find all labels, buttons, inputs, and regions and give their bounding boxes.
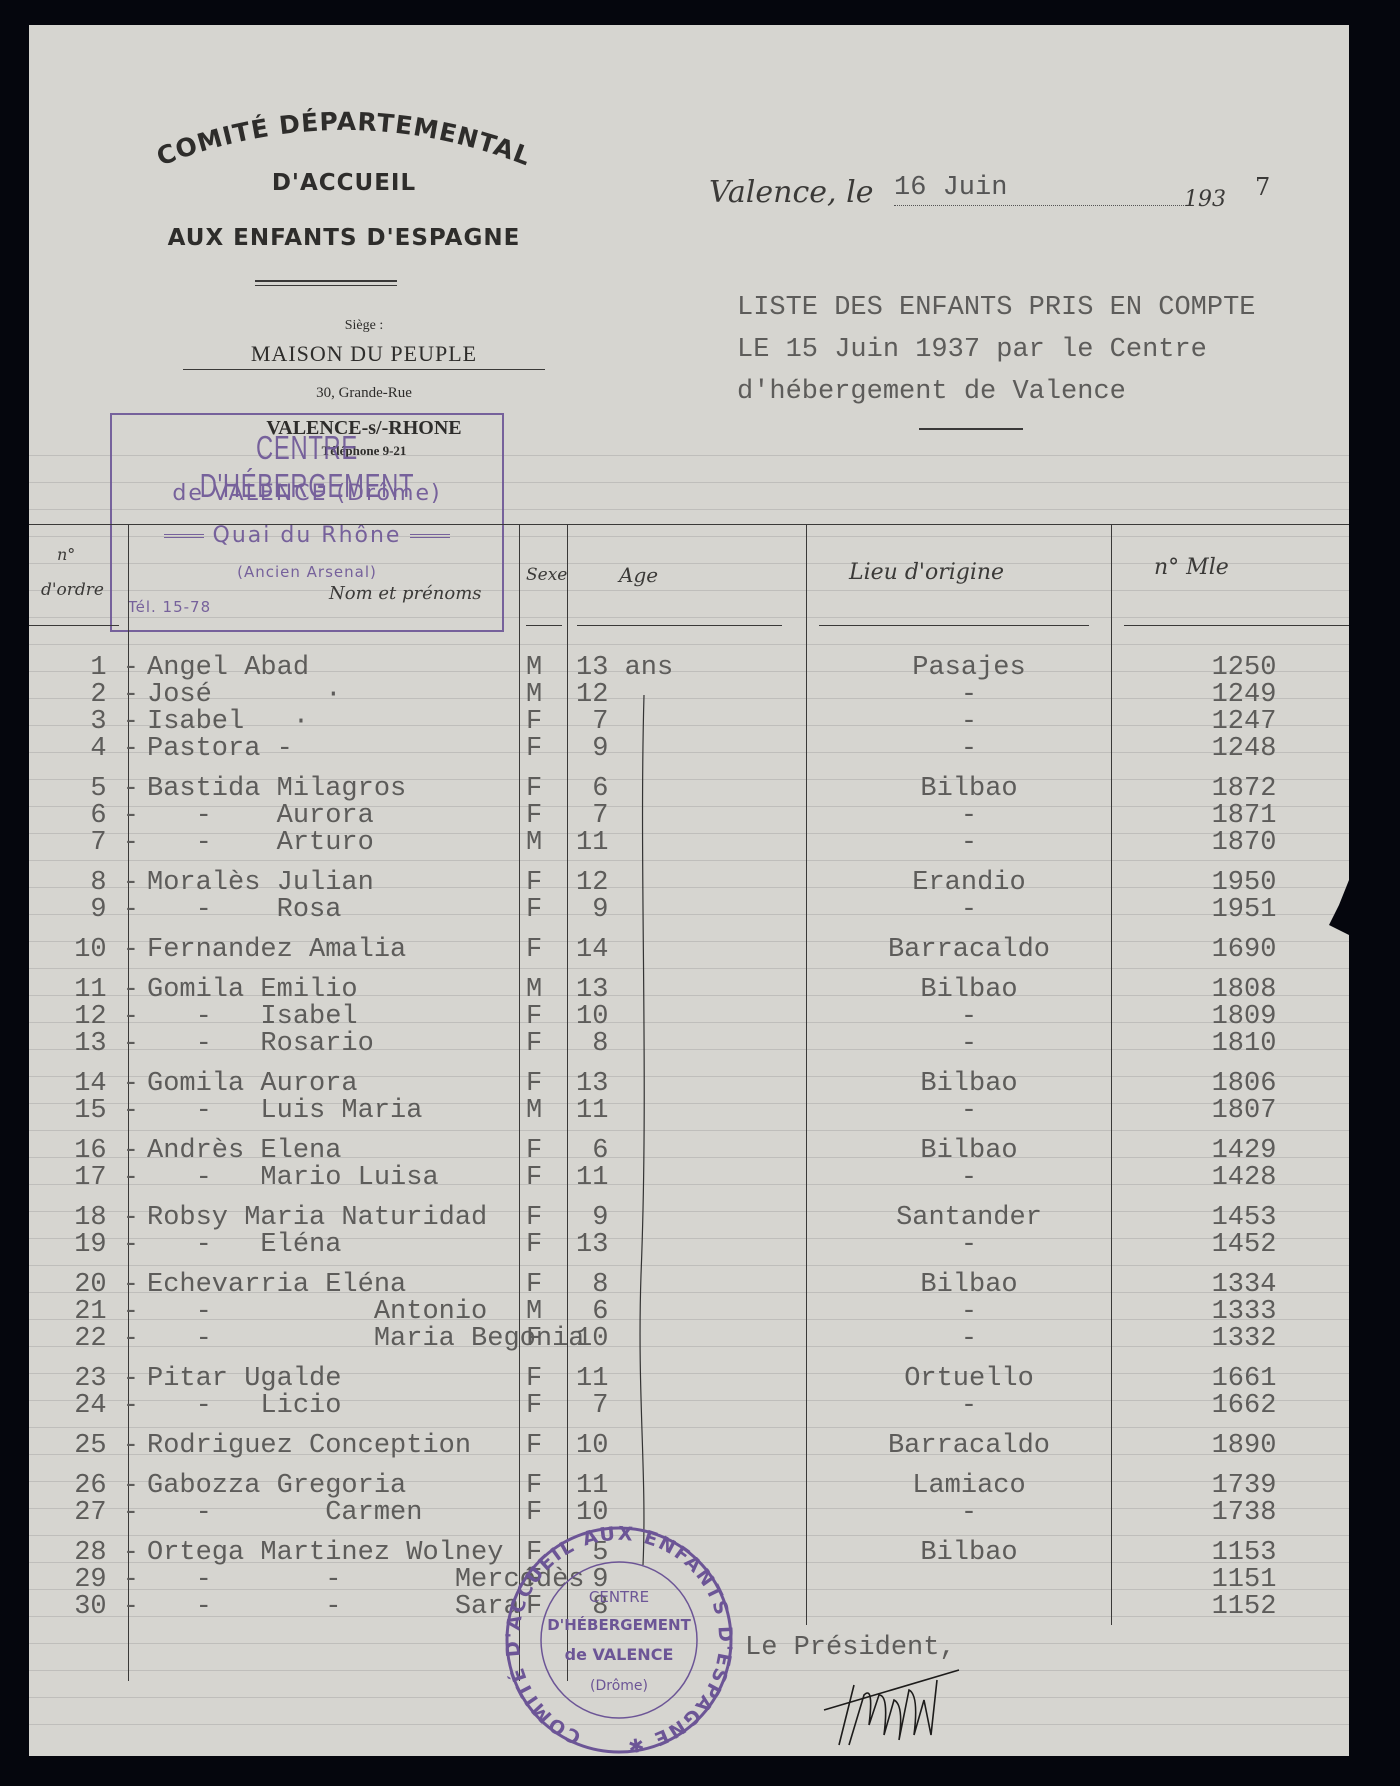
row-matricule: 1429 bbox=[1139, 1138, 1349, 1165]
table-row: 14 -Gomila AuroraF13Bilbao1806 bbox=[29, 1071, 1349, 1098]
row-matricule: 1249 bbox=[1139, 682, 1349, 709]
row-number: 12 - bbox=[49, 1004, 139, 1031]
box-stamp-line5: Tél. 15-78 bbox=[128, 598, 211, 616]
row-origin: - bbox=[809, 709, 1129, 736]
row-origin: Ortuello bbox=[809, 1366, 1129, 1393]
ruled-line bbox=[29, 1130, 1349, 1131]
row-number: 7 - bbox=[49, 830, 139, 857]
round-stamp: COMITÉ D'ACCUEIL AUX ENFANTS D'ESPAGNE ✱… bbox=[494, 1520, 744, 1760]
row-sex: F bbox=[526, 1165, 542, 1192]
header-matricule: n° Mle bbox=[1154, 555, 1229, 580]
table-row: 4 -Pastora -F 9-1248 bbox=[29, 736, 1349, 763]
age-bracket-line bbox=[629, 675, 659, 1575]
row-number: 19 - bbox=[49, 1232, 139, 1259]
address: 30, Grande-Rue bbox=[119, 385, 609, 402]
row-matricule: 1809 bbox=[1139, 1004, 1349, 1031]
row-origin: Pasajes bbox=[809, 655, 1129, 682]
row-origin: Santander bbox=[809, 1205, 1129, 1232]
svg-text:COMITÉ D'ACCUEIL AUX ENFANTS D: COMITÉ D'ACCUEIL AUX ENFANTS D'ESPAGNE ✱ bbox=[502, 1523, 737, 1757]
svg-text:CENTRE: CENTRE bbox=[589, 1588, 649, 1606]
table-row: 15 - - Luis MariaM11-1807 bbox=[29, 1098, 1349, 1125]
row-number: 2 - bbox=[49, 682, 139, 709]
table-row: 26 -Gabozza GregoriaF11Lamiaco1739 bbox=[29, 1473, 1349, 1500]
row-matricule: 1872 bbox=[1139, 776, 1349, 803]
table-row: 7 - - ArturoM11-1870 bbox=[29, 830, 1349, 857]
row-sex: F bbox=[526, 1031, 542, 1058]
row-age: 9 bbox=[576, 1205, 608, 1232]
dateline-date: 16 Juin bbox=[894, 173, 1007, 203]
row-age: 11 bbox=[576, 1366, 608, 1393]
ruled-line bbox=[29, 644, 1349, 645]
letterhead-rule bbox=[255, 285, 397, 286]
row-sex: F bbox=[526, 803, 542, 830]
row-number: 26 - bbox=[49, 1473, 139, 1500]
row-matricule: 1152 bbox=[1139, 1594, 1349, 1621]
row-name: José · bbox=[147, 682, 341, 709]
ruled-line bbox=[29, 860, 1349, 861]
row-number: 9 - bbox=[49, 897, 139, 924]
siege-label: Siège : bbox=[119, 318, 609, 334]
list-title-line3: d'hébergement de Valence bbox=[737, 371, 1255, 413]
row-age: 7 bbox=[576, 709, 608, 736]
letterhead-line3: AUX ENFANTS D'ESPAGNE bbox=[99, 225, 589, 251]
row-matricule: 1807 bbox=[1139, 1098, 1349, 1125]
table-row: 16 -Andrès ElenaF 6Bilbao1429 bbox=[29, 1138, 1349, 1165]
row-origin: Bilbao bbox=[809, 1138, 1129, 1165]
row-age: 9 bbox=[576, 897, 608, 924]
row-origin: Bilbao bbox=[809, 776, 1129, 803]
row-name: Moralès Julian bbox=[147, 870, 374, 897]
row-matricule: 1452 bbox=[1139, 1232, 1349, 1259]
row-matricule: 1247 bbox=[1139, 709, 1349, 736]
row-matricule: 1153 bbox=[1139, 1540, 1349, 1567]
signature-label: Le Président, bbox=[745, 1633, 956, 1663]
row-age: 11 bbox=[576, 1473, 608, 1500]
row-sex: M bbox=[526, 977, 542, 1004]
dateline-prefix: Valence, le bbox=[709, 175, 873, 210]
row-age: 12 bbox=[576, 682, 608, 709]
header-underline bbox=[29, 625, 119, 626]
row-matricule: 1870 bbox=[1139, 830, 1349, 857]
list-title-line2: LE 15 Juin 1937 par le Centre bbox=[737, 329, 1255, 371]
row-sex: F bbox=[526, 1232, 542, 1259]
row-name: - Aurora bbox=[147, 803, 374, 830]
row-origin: Erandio bbox=[809, 870, 1129, 897]
table-row: 22 - - Maria BegoniaF10-1332 bbox=[29, 1326, 1349, 1353]
row-number: 15 - bbox=[49, 1098, 139, 1125]
row-number: 13 - bbox=[49, 1031, 139, 1058]
header-underline bbox=[577, 625, 782, 626]
row-matricule: 1333 bbox=[1139, 1299, 1349, 1326]
row-name: Gomila Emilio bbox=[147, 977, 358, 1004]
row-matricule: 1428 bbox=[1139, 1165, 1349, 1192]
row-sex: F bbox=[526, 937, 542, 964]
header-name: Nom et prénoms bbox=[329, 583, 482, 604]
siege-underline bbox=[183, 369, 545, 370]
table-row: 5 -Bastida MilagrosF 6Bilbao1872 bbox=[29, 776, 1349, 803]
row-name: Pastora - bbox=[147, 736, 293, 763]
row-number: 8 - bbox=[49, 870, 139, 897]
row-sex: M bbox=[526, 830, 542, 857]
row-number: 16 - bbox=[49, 1138, 139, 1165]
table-row: 19 - - ElénaF13-1452 bbox=[29, 1232, 1349, 1259]
row-sex: M bbox=[526, 682, 542, 709]
list-title: LISTE DES ENFANTS PRIS EN COMPTE LE 15 J… bbox=[737, 287, 1255, 413]
row-sex: F bbox=[526, 870, 542, 897]
box-stamp-line3-text: Quai du Rhône bbox=[213, 523, 402, 548]
row-matricule: 1662 bbox=[1139, 1393, 1349, 1420]
table-row: 6 - - AuroraF 7-1871 bbox=[29, 803, 1349, 830]
row-age: 6 bbox=[576, 1138, 608, 1165]
table-row: 18 -Robsy Maria NaturidadF 9Santander145… bbox=[29, 1205, 1349, 1232]
row-sex: F bbox=[526, 1326, 542, 1353]
row-age: 7 bbox=[576, 1393, 608, 1420]
row-number: 30 - bbox=[49, 1594, 139, 1621]
dateline-year-printed: 193 bbox=[1184, 187, 1226, 212]
table-row: 1 -Angel AbadM13 ansPasajes1250 bbox=[29, 655, 1349, 682]
row-matricule: 1248 bbox=[1139, 736, 1349, 763]
ruled-line bbox=[29, 1265, 1349, 1266]
row-number: 27 - bbox=[49, 1500, 139, 1527]
row-age: 6 bbox=[576, 1299, 608, 1326]
row-age: 8 bbox=[576, 1031, 608, 1058]
row-number: 17 - bbox=[49, 1165, 139, 1192]
row-origin: Bilbao bbox=[809, 1272, 1129, 1299]
row-origin: - bbox=[809, 1232, 1129, 1259]
header-sex: Sexe bbox=[526, 565, 567, 585]
row-age: 11 bbox=[576, 830, 608, 857]
row-matricule: 1810 bbox=[1139, 1031, 1349, 1058]
box-stamp-line2: de VALENCE (Drôme) bbox=[112, 481, 502, 506]
row-name: - Luis Maria bbox=[147, 1098, 422, 1125]
row-matricule: 1738 bbox=[1139, 1500, 1349, 1527]
row-origin: - bbox=[809, 1299, 1129, 1326]
row-origin: - bbox=[809, 682, 1129, 709]
box-stamp-line4: (Ancien Arsenal) bbox=[112, 563, 502, 581]
header-underline bbox=[1124, 625, 1349, 626]
row-matricule: 1690 bbox=[1139, 937, 1349, 964]
table-row: 11 -Gomila EmilioM13Bilbao1808 bbox=[29, 977, 1349, 1004]
row-origin: - bbox=[809, 830, 1129, 857]
row-origin: - bbox=[809, 1031, 1129, 1058]
row-name: Gabozza Gregoria bbox=[147, 1473, 406, 1500]
row-name: - Maria Begonia bbox=[147, 1326, 584, 1353]
header-order-line1: n° bbox=[57, 545, 75, 564]
row-name: Echevarria Eléna bbox=[147, 1272, 406, 1299]
row-number: 3 - bbox=[49, 709, 139, 736]
row-origin: Lamiaco bbox=[809, 1473, 1129, 1500]
row-sex: F bbox=[526, 1433, 542, 1460]
row-number: 28 - bbox=[49, 1540, 139, 1567]
row-name: - Licio bbox=[147, 1393, 341, 1420]
row-name: - - Sara bbox=[147, 1594, 520, 1621]
row-matricule: 1151 bbox=[1139, 1567, 1349, 1594]
row-number: 25 - bbox=[49, 1433, 139, 1460]
header-underline bbox=[526, 625, 562, 626]
row-name: Gomila Aurora bbox=[147, 1071, 358, 1098]
table-top-line bbox=[29, 524, 1349, 525]
row-origin: Barracaldo bbox=[809, 937, 1129, 964]
table-row: 17 - - Mario LuisaF11-1428 bbox=[29, 1165, 1349, 1192]
row-name: - Carmen bbox=[147, 1500, 422, 1527]
row-matricule: 1806 bbox=[1139, 1071, 1349, 1098]
row-matricule: 1950 bbox=[1139, 870, 1349, 897]
table-row: 25 -Rodriguez ConceptionF10Barracaldo189… bbox=[29, 1433, 1349, 1460]
ruled-line bbox=[29, 1427, 1349, 1428]
row-sex: F bbox=[526, 1004, 542, 1031]
table-row: 3 -Isabel ·F 7-1247 bbox=[29, 709, 1349, 736]
row-age: 8 bbox=[576, 1272, 608, 1299]
row-number: 4 - bbox=[49, 736, 139, 763]
table-row: 24 - - LicioF 7-1662 bbox=[29, 1393, 1349, 1420]
row-age: 11 bbox=[576, 1098, 608, 1125]
row-age: 11 bbox=[576, 1165, 608, 1192]
row-sex: M bbox=[526, 1098, 542, 1125]
row-sex: F bbox=[526, 897, 542, 924]
row-sex: F bbox=[526, 1473, 542, 1500]
table-row: 8 -Moralès JulianF12Erandio1950 bbox=[29, 870, 1349, 897]
table-row: 21 - - AntonioM 6-1333 bbox=[29, 1299, 1349, 1326]
row-name: Angel Abad bbox=[147, 655, 309, 682]
row-matricule: 1808 bbox=[1139, 977, 1349, 1004]
row-sex: F bbox=[526, 776, 542, 803]
row-sex: F bbox=[526, 1071, 542, 1098]
header-order-line2: d'ordre bbox=[41, 580, 104, 600]
row-name: Bastida Milagros bbox=[147, 776, 406, 803]
row-number: 18 - bbox=[49, 1205, 139, 1232]
row-sex: F bbox=[526, 1366, 542, 1393]
row-origin: - bbox=[809, 736, 1129, 763]
row-name: - Arturo bbox=[147, 830, 374, 857]
row-number: 23 - bbox=[49, 1366, 139, 1393]
row-number: 11 - bbox=[49, 977, 139, 1004]
list-title-line1: LISTE DES ENFANTS PRIS EN COMPTE bbox=[737, 287, 1255, 329]
row-name: - Eléna bbox=[147, 1232, 341, 1259]
row-age: 13 bbox=[576, 1232, 608, 1259]
row-origin: Bilbao bbox=[809, 1071, 1129, 1098]
row-name: Rodriguez Conception bbox=[147, 1433, 471, 1460]
row-age: 14 bbox=[576, 937, 608, 964]
row-origin: Bilbao bbox=[809, 1540, 1129, 1567]
row-name: - Mario Luisa bbox=[147, 1165, 439, 1192]
row-age: 10 bbox=[576, 1004, 608, 1031]
row-number: 22 - bbox=[49, 1326, 139, 1353]
title-underline bbox=[919, 428, 1023, 430]
row-name: Isabel · bbox=[147, 709, 309, 736]
box-stamp-line3: Quai du Rhône bbox=[120, 523, 494, 548]
row-matricule: 1871 bbox=[1139, 803, 1349, 830]
row-origin: - bbox=[809, 1004, 1129, 1031]
row-origin: - bbox=[809, 1326, 1129, 1353]
table-row: 10 -Fernandez AmaliaF14Barracaldo1690 bbox=[29, 937, 1349, 964]
row-matricule: 1661 bbox=[1139, 1366, 1349, 1393]
dateline-year-handwritten: 7 bbox=[1255, 173, 1270, 201]
row-age: 10 bbox=[576, 1433, 608, 1460]
row-name: Robsy Maria Naturidad bbox=[147, 1205, 487, 1232]
row-name: - Rosario bbox=[147, 1031, 374, 1058]
header-age: Age bbox=[619, 563, 658, 587]
row-number: 20 - bbox=[49, 1272, 139, 1299]
row-sex: F bbox=[526, 709, 542, 736]
row-matricule: 1332 bbox=[1139, 1326, 1349, 1353]
row-number: 6 - bbox=[49, 803, 139, 830]
svg-text:(Drôme): (Drôme) bbox=[590, 1678, 648, 1694]
row-matricule: 1739 bbox=[1139, 1473, 1349, 1500]
row-name: - Rosa bbox=[147, 897, 341, 924]
row-age: 10 bbox=[576, 1326, 608, 1353]
table-row: 20 -Echevarria ElénaF 8Bilbao1334 bbox=[29, 1272, 1349, 1299]
dateline-dotted-line bbox=[894, 205, 1194, 206]
row-age: 13 bbox=[576, 1071, 608, 1098]
table-row: 9 - - RosaF 9-1951 bbox=[29, 897, 1349, 924]
svg-text:de VALENCE: de VALENCE bbox=[565, 1645, 674, 1664]
row-origin: - bbox=[809, 1500, 1129, 1527]
row-matricule: 1334 bbox=[1139, 1272, 1349, 1299]
row-origin: - bbox=[809, 1165, 1129, 1192]
ruled-line bbox=[29, 968, 1349, 969]
row-number: 10 - bbox=[49, 937, 139, 964]
row-matricule: 1250 bbox=[1139, 655, 1349, 682]
row-name: Andrès Elena bbox=[147, 1138, 341, 1165]
row-name: Pitar Ugalde bbox=[147, 1366, 341, 1393]
row-origin: Bilbao bbox=[809, 977, 1129, 1004]
row-matricule: 1951 bbox=[1139, 897, 1349, 924]
signature bbox=[819, 1665, 969, 1755]
table-row: 23 -Pitar UgaldeF11Ortuello1661 bbox=[29, 1366, 1349, 1393]
row-sex: F bbox=[526, 1272, 542, 1299]
row-age: 7 bbox=[576, 803, 608, 830]
table-row: 2 -José ·M12-1249 bbox=[29, 682, 1349, 709]
row-origin: - bbox=[809, 897, 1129, 924]
row-sex: M bbox=[526, 1299, 542, 1326]
row-sex: F bbox=[526, 736, 542, 763]
row-matricule: 1453 bbox=[1139, 1205, 1349, 1232]
row-name: Ortega Martinez Wolney bbox=[147, 1540, 503, 1567]
table-row: 13 - - RosarioF 8-1810 bbox=[29, 1031, 1349, 1058]
header-underline bbox=[819, 625, 1089, 626]
row-age: 13 bbox=[576, 977, 608, 1004]
table-row: 12 - - IsabelF10-1809 bbox=[29, 1004, 1349, 1031]
row-origin: - bbox=[809, 1393, 1129, 1420]
header-origin: Lieu d'origine bbox=[849, 560, 1004, 585]
row-number: 29 - bbox=[49, 1567, 139, 1594]
row-origin: - bbox=[809, 1098, 1129, 1125]
row-number: 21 - bbox=[49, 1299, 139, 1326]
row-sex: F bbox=[526, 1393, 542, 1420]
row-sex: M bbox=[526, 655, 542, 682]
row-sex: F bbox=[526, 1205, 542, 1232]
row-number: 1 - bbox=[49, 655, 139, 682]
row-origin: - bbox=[809, 803, 1129, 830]
row-number: 5 - bbox=[49, 776, 139, 803]
document-page: COMITÉ DÉPARTEMENTAL D'ACCUEIL AUX ENFAN… bbox=[29, 25, 1349, 1756]
row-age: 12 bbox=[576, 870, 608, 897]
row-age: 9 bbox=[576, 736, 608, 763]
row-name: - Antonio bbox=[147, 1299, 487, 1326]
row-age: 6 bbox=[576, 776, 608, 803]
row-name: Fernandez Amalia bbox=[147, 937, 406, 964]
svg-text:D'HÉBERGEMENT: D'HÉBERGEMENT bbox=[547, 1615, 691, 1634]
row-number: 14 - bbox=[49, 1071, 139, 1098]
svg-text:COMITÉ DÉPARTEMENTAL: COMITÉ DÉPARTEMENTAL bbox=[153, 107, 535, 172]
letterhead-rule bbox=[255, 280, 397, 282]
siege-name: MAISON DU PEUPLE bbox=[119, 341, 609, 367]
row-name: - Isabel bbox=[147, 1004, 358, 1031]
row-matricule: 1890 bbox=[1139, 1433, 1349, 1460]
row-origin: Barracaldo bbox=[809, 1433, 1129, 1460]
row-number: 24 - bbox=[49, 1393, 139, 1420]
row-sex: F bbox=[526, 1138, 542, 1165]
letterhead-line2: D'ACCUEIL bbox=[119, 170, 569, 196]
